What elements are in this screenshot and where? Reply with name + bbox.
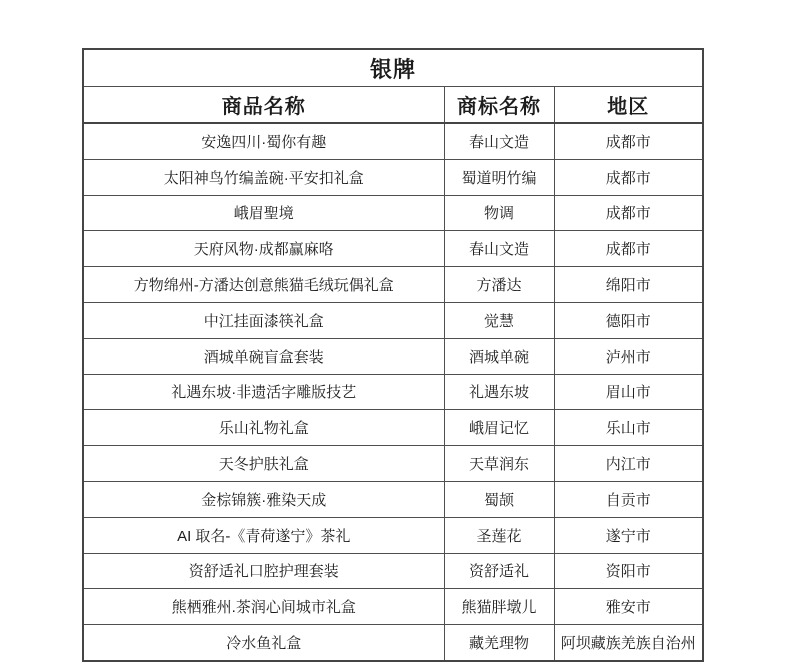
region-cell: 资阳市	[554, 553, 703, 589]
brand-name-cell: 方潘达	[444, 267, 554, 303]
table-header-row: 商品名称 商标名称 地区	[83, 87, 703, 124]
table-row: 乐山礼物礼盒峨眉记忆乐山市	[83, 410, 703, 446]
product-name-cell: 酒城单碗盲盒套装	[83, 338, 444, 374]
region-cell: 成都市	[554, 195, 703, 231]
brand-name-cell: 春山文造	[444, 231, 554, 267]
brand-name-cell: 觉慧	[444, 302, 554, 338]
region-cell: 遂宁市	[554, 517, 703, 553]
column-header-product-name: 商品名称	[83, 87, 444, 124]
brand-name-cell: 圣莲花	[444, 517, 554, 553]
region-cell: 成都市	[554, 231, 703, 267]
product-name-cell: 太阳神鸟竹编盖碗·平安扣礼盒	[83, 159, 444, 195]
product-name-cell: 天府风物·成都赢麻咯	[83, 231, 444, 267]
brand-name-cell: 峨眉记忆	[444, 410, 554, 446]
column-header-brand-name: 商标名称	[444, 87, 554, 124]
brand-name-cell: 蜀颉	[444, 481, 554, 517]
product-name-cell: 礼遇东坡·非遗活字雕版技艺	[83, 374, 444, 410]
brand-name-cell: 酒城单碗	[444, 338, 554, 374]
table-row: 金棕锦簇·雅染天成蜀颉自贡市	[83, 481, 703, 517]
region-cell: 成都市	[554, 159, 703, 195]
region-cell: 内江市	[554, 446, 703, 482]
brand-name-cell: 礼遇东坡	[444, 374, 554, 410]
brand-name-cell: 熊猫胖墩儿	[444, 589, 554, 625]
page: 银牌 商品名称 商标名称 地区 安逸四川·蜀你有趣春山文造成都市太阳神鸟竹编盖碗…	[0, 0, 800, 665]
product-name-cell: 金棕锦簇·雅染天成	[83, 481, 444, 517]
table-row: 太阳神鸟竹编盖碗·平安扣礼盒蜀道明竹编成都市	[83, 159, 703, 195]
region-cell: 德阳市	[554, 302, 703, 338]
brand-name-cell: 藏羌理物	[444, 625, 554, 661]
region-cell: 雅安市	[554, 589, 703, 625]
table-row: 天冬护肤礼盒天草润东内江市	[83, 446, 703, 482]
table-row: 天府风物·成都赢麻咯春山文造成都市	[83, 231, 703, 267]
column-header-region: 地区	[554, 87, 703, 124]
region-cell: 乐山市	[554, 410, 703, 446]
region-cell: 成都市	[554, 123, 703, 159]
table-row: AI 取名-《青荷遂宁》茶礼圣莲花遂宁市	[83, 517, 703, 553]
brand-name-cell: 资舒适礼	[444, 553, 554, 589]
table-row: 方物绵州-方潘达创意熊猫毛绒玩偶礼盒方潘达绵阳市	[83, 267, 703, 303]
table-row: 中江挂面漆筷礼盒觉慧德阳市	[83, 302, 703, 338]
region-cell: 自贡市	[554, 481, 703, 517]
brand-name-cell: 蜀道明竹编	[444, 159, 554, 195]
table-title-row: 银牌	[83, 49, 703, 87]
table-row: 酒城单碗盲盒套装酒城单碗泸州市	[83, 338, 703, 374]
table-row: 资舒适礼口腔护理套装资舒适礼资阳市	[83, 553, 703, 589]
brand-name-cell: 物调	[444, 195, 554, 231]
table-row: 礼遇东坡·非遗活字雕版技艺礼遇东坡眉山市	[83, 374, 703, 410]
product-name-cell: AI 取名-《青荷遂宁》茶礼	[83, 517, 444, 553]
product-name-cell: 乐山礼物礼盒	[83, 410, 444, 446]
table-title: 银牌	[83, 49, 703, 87]
table-row: 熊栖雅州.茶润心间城市礼盒熊猫胖墩儿雅安市	[83, 589, 703, 625]
product-name-cell: 冷水鱼礼盒	[83, 625, 444, 661]
brand-name-cell: 春山文造	[444, 123, 554, 159]
product-name-cell: 天冬护肤礼盒	[83, 446, 444, 482]
table-body: 安逸四川·蜀你有趣春山文造成都市太阳神鸟竹编盖碗·平安扣礼盒蜀道明竹编成都市峨眉…	[83, 123, 703, 661]
region-cell: 阿坝藏族羌族自治州	[554, 625, 703, 661]
product-name-cell: 峨眉聖境	[83, 195, 444, 231]
table-row: 冷水鱼礼盒藏羌理物阿坝藏族羌族自治州	[83, 625, 703, 661]
product-name-cell: 安逸四川·蜀你有趣	[83, 123, 444, 159]
product-name-cell: 中江挂面漆筷礼盒	[83, 302, 444, 338]
brand-name-cell: 天草润东	[444, 446, 554, 482]
product-name-cell: 方物绵州-方潘达创意熊猫毛绒玩偶礼盒	[83, 267, 444, 303]
silver-award-table: 银牌 商品名称 商标名称 地区 安逸四川·蜀你有趣春山文造成都市太阳神鸟竹编盖碗…	[82, 48, 704, 662]
region-cell: 眉山市	[554, 374, 703, 410]
region-cell: 泸州市	[554, 338, 703, 374]
table-row: 安逸四川·蜀你有趣春山文造成都市	[83, 123, 703, 159]
table-row: 峨眉聖境物调成都市	[83, 195, 703, 231]
region-cell: 绵阳市	[554, 267, 703, 303]
product-name-cell: 资舒适礼口腔护理套装	[83, 553, 444, 589]
product-name-cell: 熊栖雅州.茶润心间城市礼盒	[83, 589, 444, 625]
